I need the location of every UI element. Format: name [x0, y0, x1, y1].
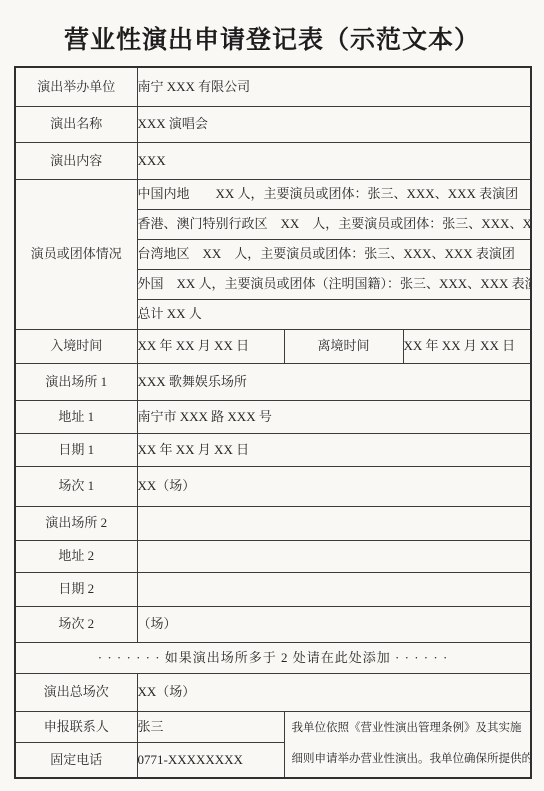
address-2-value	[137, 540, 531, 572]
date-2-value	[137, 572, 531, 606]
date-1-value: XX 年 XX 月 XX 日	[137, 433, 531, 466]
add-venue-note-row: · · · · · · · 如果演出场所多于 2 处请在此处添加 · · · ·…	[15, 642, 531, 673]
date-2-label: 日期 2	[15, 572, 137, 606]
sessions-1-row: 场次 1 XX（场）	[15, 466, 531, 506]
organizer-value: 南宁 XXX 有限公司	[137, 67, 531, 106]
exit-time-value: XX 年 XX 月 XX 日	[403, 329, 531, 363]
venue-1-value: XXX 歌舞娱乐场所	[137, 363, 531, 400]
entry-time-value: XX 年 XX 月 XX 日	[137, 329, 284, 363]
performers-taiwan-line: 台湾地区 XX 人，主要演员或团体：张三、XXX、XXX 表演团	[137, 239, 531, 269]
date-2-row: 日期 2	[15, 572, 531, 606]
performers-total-line: 总计 XX 人	[137, 299, 531, 329]
organizer-row: 演出举办单位 南宁 XXX 有限公司	[15, 67, 531, 106]
application-form-table: 演出举办单位 南宁 XXX 有限公司 演出名称 XXX 演唱会 演出内容 XXX…	[14, 66, 532, 779]
sessions-2-value: （场）	[137, 606, 531, 642]
venue-1-label: 演出场所 1	[15, 363, 137, 400]
entry-time-label: 入境时间	[15, 329, 137, 363]
date-1-row: 日期 1 XX 年 XX 月 XX 日	[15, 433, 531, 466]
scanned-form-page: 营业性演出申请登记表（示范文本） 演出举办单位 南宁 XXX 有限公司 演出名称…	[0, 0, 544, 791]
declaration-line-2: 细则申请举办营业性演出。我单位确保所提供的	[285, 744, 531, 775]
contact-person-value: 张三	[137, 711, 284, 742]
exit-time-label: 离境时间	[284, 329, 403, 363]
address-1-row: 地址 1 南宁市 XXX 路 XXX 号	[15, 400, 531, 433]
performance-name-row: 演出名称 XXX 演唱会	[15, 106, 531, 142]
landline-phone-value: 0771-XXXXXXXX	[137, 742, 284, 778]
performers-foreign-line: 外国 XX 人，主要演员或团体（注明国籍）：张三、XXX、XXX 表演团	[137, 269, 531, 299]
address-2-label: 地址 2	[15, 540, 137, 572]
performance-name-value: XXX 演唱会	[137, 106, 531, 142]
declaration-cell: 我单位依照《营业性演出管理条例》及其实施 细则申请举办营业性演出。我单位确保所提…	[284, 711, 531, 778]
page-title: 营业性演出申请登记表（示范文本）	[0, 20, 544, 56]
performers-hk-macau-line: 香港、澳门特别行政区 XX 人，主要演员或团体：张三、XXX、XXX 表演	[137, 209, 531, 239]
performers-mainland-line: 中国内地 XX 人，主要演员或团体：张三、XXX、XXX 表演团	[137, 179, 531, 209]
declaration-text: 我单位依照《营业性演出管理条例》及其实施 细则申请举办营业性演出。我单位确保所提…	[285, 713, 531, 775]
performers-section-label: 演员或团体情况	[15, 179, 137, 329]
total-sessions-label: 演出总场次	[15, 673, 137, 711]
sessions-2-row: 场次 2 （场）	[15, 606, 531, 642]
performance-name-label: 演出名称	[15, 106, 137, 142]
declaration-line-1: 我单位依照《营业性演出管理条例》及其实施	[285, 713, 531, 744]
venue-2-value	[137, 506, 531, 540]
performance-content-row: 演出内容 XXX	[15, 142, 531, 179]
contact-person-label: 申报联系人	[15, 711, 137, 742]
sessions-1-label: 场次 1	[15, 466, 137, 506]
contact-person-row: 申报联系人 张三 我单位依照《营业性演出管理条例》及其实施 细则申请举办营业性演…	[15, 711, 531, 742]
organizer-label: 演出举办单位	[15, 67, 137, 106]
address-2-row: 地址 2	[15, 540, 531, 572]
performers-row-mainland: 演员或团体情况 中国内地 XX 人，主要演员或团体：张三、XXX、XXX 表演团	[15, 179, 531, 209]
add-venue-note: · · · · · · · 如果演出场所多于 2 处请在此处添加 · · · ·…	[15, 642, 531, 673]
sessions-2-label: 场次 2	[15, 606, 137, 642]
sessions-1-value: XX（场）	[137, 466, 531, 506]
landline-phone-label: 固定电话	[15, 742, 137, 778]
venue-2-label: 演出场所 2	[15, 506, 137, 540]
performance-content-label: 演出内容	[15, 142, 137, 179]
total-sessions-value: XX（场）	[137, 673, 531, 711]
address-1-label: 地址 1	[15, 400, 137, 433]
address-1-value: 南宁市 XXX 路 XXX 号	[137, 400, 531, 433]
entry-exit-row: 入境时间 XX 年 XX 月 XX 日 离境时间 XX 年 XX 月 XX 日	[15, 329, 531, 363]
venue-1-row: 演出场所 1 XXX 歌舞娱乐场所	[15, 363, 531, 400]
performance-content-value: XXX	[137, 142, 531, 179]
total-sessions-row: 演出总场次 XX（场）	[15, 673, 531, 711]
date-1-label: 日期 1	[15, 433, 137, 466]
venue-2-row: 演出场所 2	[15, 506, 531, 540]
